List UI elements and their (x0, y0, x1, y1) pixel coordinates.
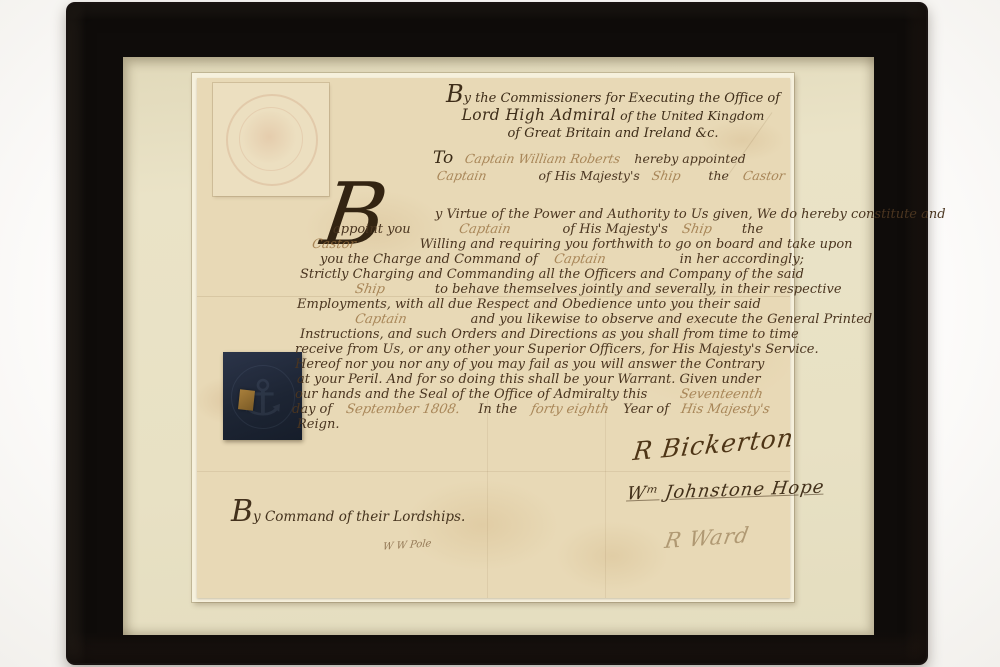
manuscript-text: His Majesty's (680, 402, 771, 418)
printed-text: the (708, 168, 728, 183)
printed-text: of His Majesty's (539, 168, 640, 183)
embossed-duty-stamp (213, 83, 329, 196)
header-line: Lord High Admiral (462, 106, 616, 124)
printed-text: Employments, with all due Respect and Ob… (297, 297, 761, 312)
manuscript-text: Ship (354, 282, 387, 298)
body-line: you the Charge and Command of Captain in… (197, 252, 913, 268)
printed-text: of His Majesty's (562, 222, 667, 237)
body-line: y Virtue of the Power and Authority to U… (197, 207, 1000, 223)
printed-text: the (742, 222, 763, 237)
ship-word: Ship (650, 168, 681, 183)
manuscript-text: Seventeenth (678, 387, 763, 403)
printed-text: Year of (623, 402, 669, 417)
manuscript-text: Captain (552, 252, 606, 268)
body-line: Castor Willing and requiring you forthwi… (197, 237, 905, 253)
fold-crease (197, 471, 790, 472)
body-line: appoint you Captain of His Majesty's Shi… (197, 222, 926, 238)
body-line: our hands and the Seal of the Office of … (197, 387, 888, 403)
printed-text: y Virtue of the Power and Authority to U… (435, 207, 946, 222)
printed-text: Strictly Charging and Commanding all the… (300, 267, 804, 282)
secretary-signature: W W Pole (382, 538, 431, 552)
body-line: day of September 1808. In the forty eigh… (197, 402, 885, 418)
body-line: Instructions, and such Orders and Direct… (197, 327, 893, 343)
printed-text: In the (478, 402, 517, 417)
commission-document: ⚓ By the Commissioners for Executing the… (197, 78, 790, 598)
header-line: By the Commissioners for Executing the O… (445, 86, 781, 107)
manuscript-text: Captain (457, 222, 511, 238)
printed-text: you the Charge and Command of (320, 252, 538, 267)
printed-text: Hereof nor you nor any of you may fail a… (295, 357, 764, 372)
printed-text: receive from Us, or any other your Super… (295, 342, 819, 357)
appointed-text: hereby appointed (634, 151, 745, 166)
lord-signature: R Ward (663, 523, 751, 553)
body-line: Ship to behave themselves jointly and se… (197, 282, 948, 298)
printed-text: Willing and requiring you forthwith to g… (420, 237, 853, 252)
printed-text: at your Peril. And for so doing this sha… (297, 372, 761, 387)
photograph-background: ⚓ By the Commissioners for Executing the… (0, 0, 1000, 667)
manuscript-text: forty eighth (530, 402, 611, 418)
printed-text: appoint you (333, 222, 411, 237)
printed-text: to behave themselves jointly and several… (435, 282, 842, 297)
printed-text: and you likewise to observe and execute … (471, 312, 873, 327)
printed-text: Instructions, and such Orders and Direct… (300, 327, 799, 342)
manuscript-text: September 1808. (345, 402, 462, 418)
addressee-line: To Captain William Roberts hereby appoin… (433, 148, 746, 168)
to-word: To (433, 148, 453, 168)
body-line: at your Peril. And for so doing this sha… (197, 372, 890, 388)
rank-word: Captain (436, 168, 488, 183)
body-line: Captain and you likewise to observe and … (197, 312, 948, 328)
ship-name: Castor (742, 168, 787, 183)
body-line: receive from Us, or any other your Super… (197, 342, 888, 358)
stamp-blotch (241, 111, 297, 163)
manuscript-text: Castor (311, 237, 357, 253)
printed-text: in her accordingly; (680, 252, 804, 267)
by-command-line: By Command of their Lordships. (231, 494, 465, 529)
body-line: Strictly Charging and Commanding all the… (197, 267, 893, 283)
addressee-name: Captain William Roberts (464, 151, 622, 166)
header-line: of Great Britain and Ireland &c. (445, 125, 781, 142)
manuscript-text: Captain (354, 312, 408, 328)
body-line: Hereof nor you nor any of you may fail a… (197, 357, 888, 373)
printed-text: Reign. (297, 417, 339, 432)
addressee-line: Captain of His Majesty's Ship the Castor (437, 168, 785, 183)
printed-text: day of (292, 402, 332, 417)
body-line: Employments, with all due Respect and Ob… (197, 297, 890, 313)
printed-text: our hands and the Seal of the Office of … (295, 387, 647, 402)
document-header: By the Commissioners for Executing the O… (445, 86, 781, 142)
header-line: of the United Kingdom (620, 108, 764, 123)
manuscript-text: Ship (681, 222, 714, 238)
